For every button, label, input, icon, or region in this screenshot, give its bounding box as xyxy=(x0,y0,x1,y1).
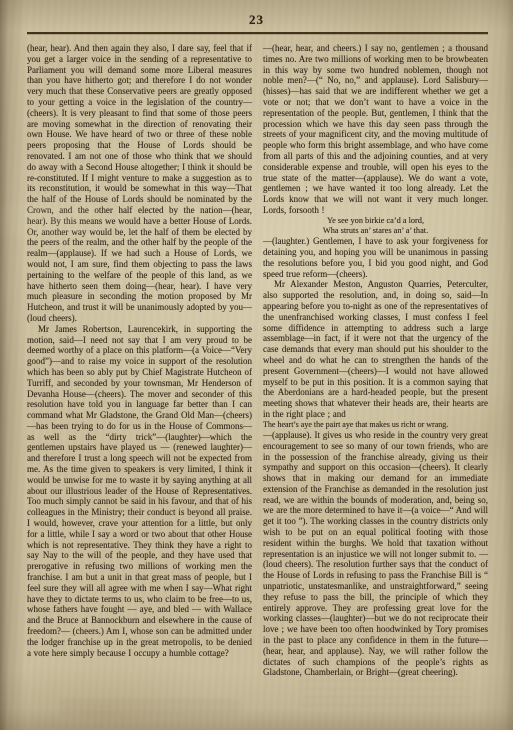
paragraph: Mr Alexander Meston, Anguston Quarries, … xyxy=(263,279,488,419)
page-number: 23 xyxy=(0,12,513,28)
verse-line: Ye see yon birkie ca’d a lord, xyxy=(263,216,488,226)
page-header: 23 xyxy=(0,0,513,34)
right-column: —(hear, hear, and cheers.) I say no, gen… xyxy=(263,43,488,678)
paragraph: —(applause). It gives us who reside in t… xyxy=(263,430,488,678)
verse-line: Wha struts an’ stares an’ a’ that. xyxy=(263,226,488,236)
paragraph: —(laughter.) Gentlemen, I have to ask yo… xyxy=(263,236,488,279)
paragraph: —(hear, hear, and cheers.) I say no, gen… xyxy=(263,43,488,216)
show-through-ghost xyxy=(60,700,240,716)
verse-line: The heart’s aye the pairt aye that makes… xyxy=(263,420,488,430)
header-rule xyxy=(27,32,488,34)
scanned-book-page: 23 (hear, hear). And then again they als… xyxy=(0,0,513,730)
paragraph: (hear, hear). And then again they also, … xyxy=(27,43,252,324)
text-area: (hear, hear). And then again they also, … xyxy=(0,41,513,678)
left-column: (hear, hear). And then again they also, … xyxy=(27,43,252,678)
paragraph: Mr James Robertson, Laurencekirk, in sup… xyxy=(27,324,252,659)
